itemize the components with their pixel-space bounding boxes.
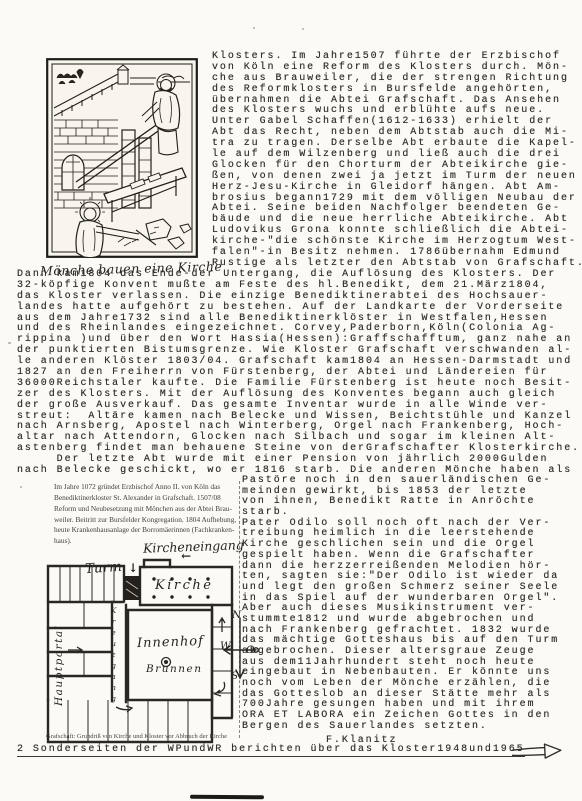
- text-line: gespielt haben. Wenn die Grafschafter: [242, 551, 578, 562]
- plan-label-courtyard: Innenhof: [137, 634, 204, 651]
- down-arrow-icon: ↓: [128, 561, 138, 575]
- compass-rose-icon: [221, 612, 261, 695]
- text-line: weiler. Beitritt zur Bursfelder Kongrega…: [54, 515, 242, 526]
- plan-caption: Grafschaft: Grundriß von Kirche und Klos…: [46, 733, 246, 740]
- scan-artifact: [253, 27, 255, 29]
- text-line: Im Jahre 1072 gründet Erzbischof Anno II…: [54, 482, 242, 493]
- text-line: Herz-Jesu-Kirche in Gleidorf hängen. Abt…: [212, 183, 580, 194]
- text-line: Bergen des Sauerlandes setzten.: [242, 722, 578, 733]
- compass-east-label: O: [246, 644, 255, 656]
- bottom-note-text: 2 Sonderseiten der WPundWR berichten übe…: [17, 744, 525, 757]
- typewriter-block-main: Dann kam1804 das Ende-der Untergang, die…: [17, 270, 579, 477]
- compass-north-label: N: [232, 609, 241, 621]
- woodcut-image: [46, 58, 198, 258]
- text-line: des Reformklosters in Bursfelde angehört…: [212, 85, 580, 96]
- typewriter-column-lower: Pastöre noch in den sauerländischen Ge-m…: [242, 476, 578, 733]
- text-line: landes hatte aufgehört zu bestehen. Auf …: [17, 303, 579, 314]
- compass-west-label: W: [220, 640, 231, 652]
- scan-artifact: [8, 342, 11, 344]
- compass-south-label: S: [231, 670, 238, 682]
- text-line: heute Krankenhausanlage der Borromäerinn…: [54, 525, 242, 536]
- typewriter-column-top: Klosters. Im Jahre1507 führte der Erzbis…: [212, 52, 580, 270]
- woodcut-monks-building-church-illustration: [46, 58, 198, 263]
- scan-artifact: [302, 28, 304, 30]
- scan-artifact: [20, 486, 22, 488]
- scanned-document-page: Mönche bauen eine Kirche Klosters. Im Ja…: [0, 0, 582, 801]
- text-line: Reform und Neubesetzung mit Mönchen aus …: [54, 504, 242, 515]
- left-arrow-icon: ←: [181, 549, 191, 563]
- hand-drawn-arrow-icon: [510, 742, 563, 767]
- text-line: und legt den großen Schmerz seiner Seele: [242, 583, 578, 594]
- scan-smudge: [190, 795, 264, 799]
- plan-label-tower: Turm: [84, 559, 122, 578]
- text-line: der große Ausverkauf. Das gesamte Invent…: [17, 401, 579, 412]
- plan-label-church: Kirche: [155, 578, 213, 593]
- plan-label-fountain: Brunnen: [146, 663, 203, 675]
- text-line: von ihnen, Benedikt Ratte in Anröchte: [242, 497, 578, 508]
- bottom-reference-note: 2 Sonderseiten der WPundWR berichten übe…: [17, 745, 525, 756]
- text-line: Benediktinerkloster St. Alexander in Gra…: [54, 493, 242, 504]
- plan-label-cloister: Kreuzgang: [109, 606, 118, 710]
- plan-label-main-portal: Hauptportal: [53, 618, 65, 706]
